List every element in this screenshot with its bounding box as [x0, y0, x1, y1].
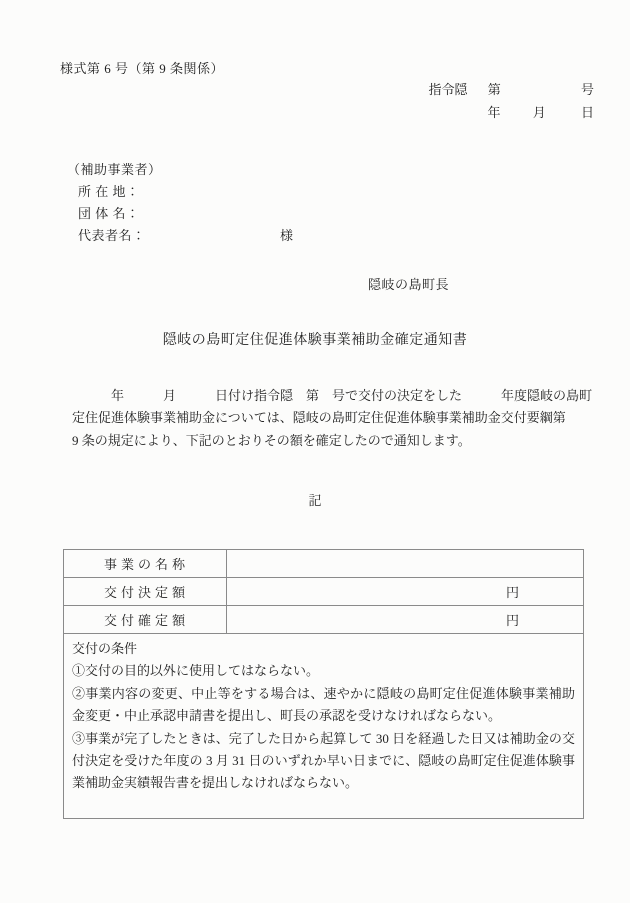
condition-item-2: ②事業内容の変更、中止等をする場合は、速やかに隠岐の島町定住促進体験事業補助金変… [72, 683, 575, 728]
table-row-project-name: 事業の名称 [64, 550, 584, 578]
grant-determined-value: 円 [227, 606, 584, 634]
condition-item-3: ③事業が完了したときは、完了した日から起算して 30 日を経過した日又は補助金の… [72, 728, 575, 795]
document-title: 隠岐の島町定住促進体験事業補助金確定通知書 [0, 332, 630, 349]
recipient-block: （補助事業者） 所 在 地： 団 体 名： 代表者名： 様 [67, 159, 162, 247]
reference-number-block: 指令隠 第 号 年 月 日 [428, 82, 594, 120]
body-line: 年 月 日付け指令隠 第 号で交付の決定をした 年度隠岐の島町 [72, 385, 592, 407]
form-number: 様式第 6 号（第 9 条関係） [60, 61, 224, 77]
condition-item-1: ①交付の目的以外に使用してはならない。 [72, 660, 575, 682]
document-page: 様式第 6 号（第 9 条関係） 指令隠 第 号 年 月 日 （補助事業者） 所… [0, 0, 630, 903]
grant-determined-label: 交付確定額 [64, 606, 227, 634]
directive-dai: 第 [488, 82, 501, 97]
ki-marker: 記 [0, 493, 630, 508]
table-row-conditions: 交付の条件 ①交付の目的以外に使用してはならない。 ②事業内容の変更、中止等をす… [64, 634, 584, 819]
determination-table: 事業の名称 交付決定額 円 交付確定額 円 交付の条件 ①交付の目的以外に使用し… [63, 549, 584, 819]
recipient-org-label: 団 体 名： [67, 203, 162, 225]
grant-decided-value: 円 [227, 578, 584, 606]
honorific-label: 様 [280, 225, 294, 247]
project-name-value [227, 550, 584, 578]
recipient-representative-line: 代表者名： 様 [67, 225, 162, 247]
grant-decided-label: 交付決定額 [64, 578, 227, 606]
table-row-grant-decided-amount: 交付決定額 円 [64, 578, 584, 606]
project-name-label: 事業の名称 [64, 550, 227, 578]
date-month-label: 月 [533, 105, 546, 120]
date-line: 年 月 日 [428, 105, 594, 120]
recipient-heading: （補助事業者） [67, 159, 162, 181]
directive-suffix: 号 [581, 82, 594, 97]
table-row-grant-determined-amount: 交付確定額 円 [64, 606, 584, 634]
directive-prefix: 指令隠 [428, 82, 467, 97]
recipient-rep-label: 代表者名： [78, 228, 146, 243]
conditions-cell: 交付の条件 ①交付の目的以外に使用してはならない。 ②事業内容の変更、中止等をす… [64, 634, 584, 819]
date-day-label: 日 [581, 105, 594, 120]
body-line: 定住促進体験事業補助金については、隠岐の島町定住促進体験事業補助金交付要綱第 [72, 407, 592, 429]
body-paragraph: 年 月 日付け指令隠 第 号で交付の決定をした 年度隠岐の島町 定住促進体験事業… [72, 385, 592, 452]
directive-number-line: 指令隠 第 号 [428, 82, 594, 97]
recipient-address-label: 所 在 地： [67, 181, 162, 203]
sender-mayor: 隠岐の島町長 [368, 277, 449, 292]
date-year-label: 年 [487, 105, 500, 120]
body-line: 9 条の規定により、下記のとおりその額を確定したので通知します。 [72, 430, 592, 452]
conditions-title: 交付の条件 [72, 638, 575, 660]
